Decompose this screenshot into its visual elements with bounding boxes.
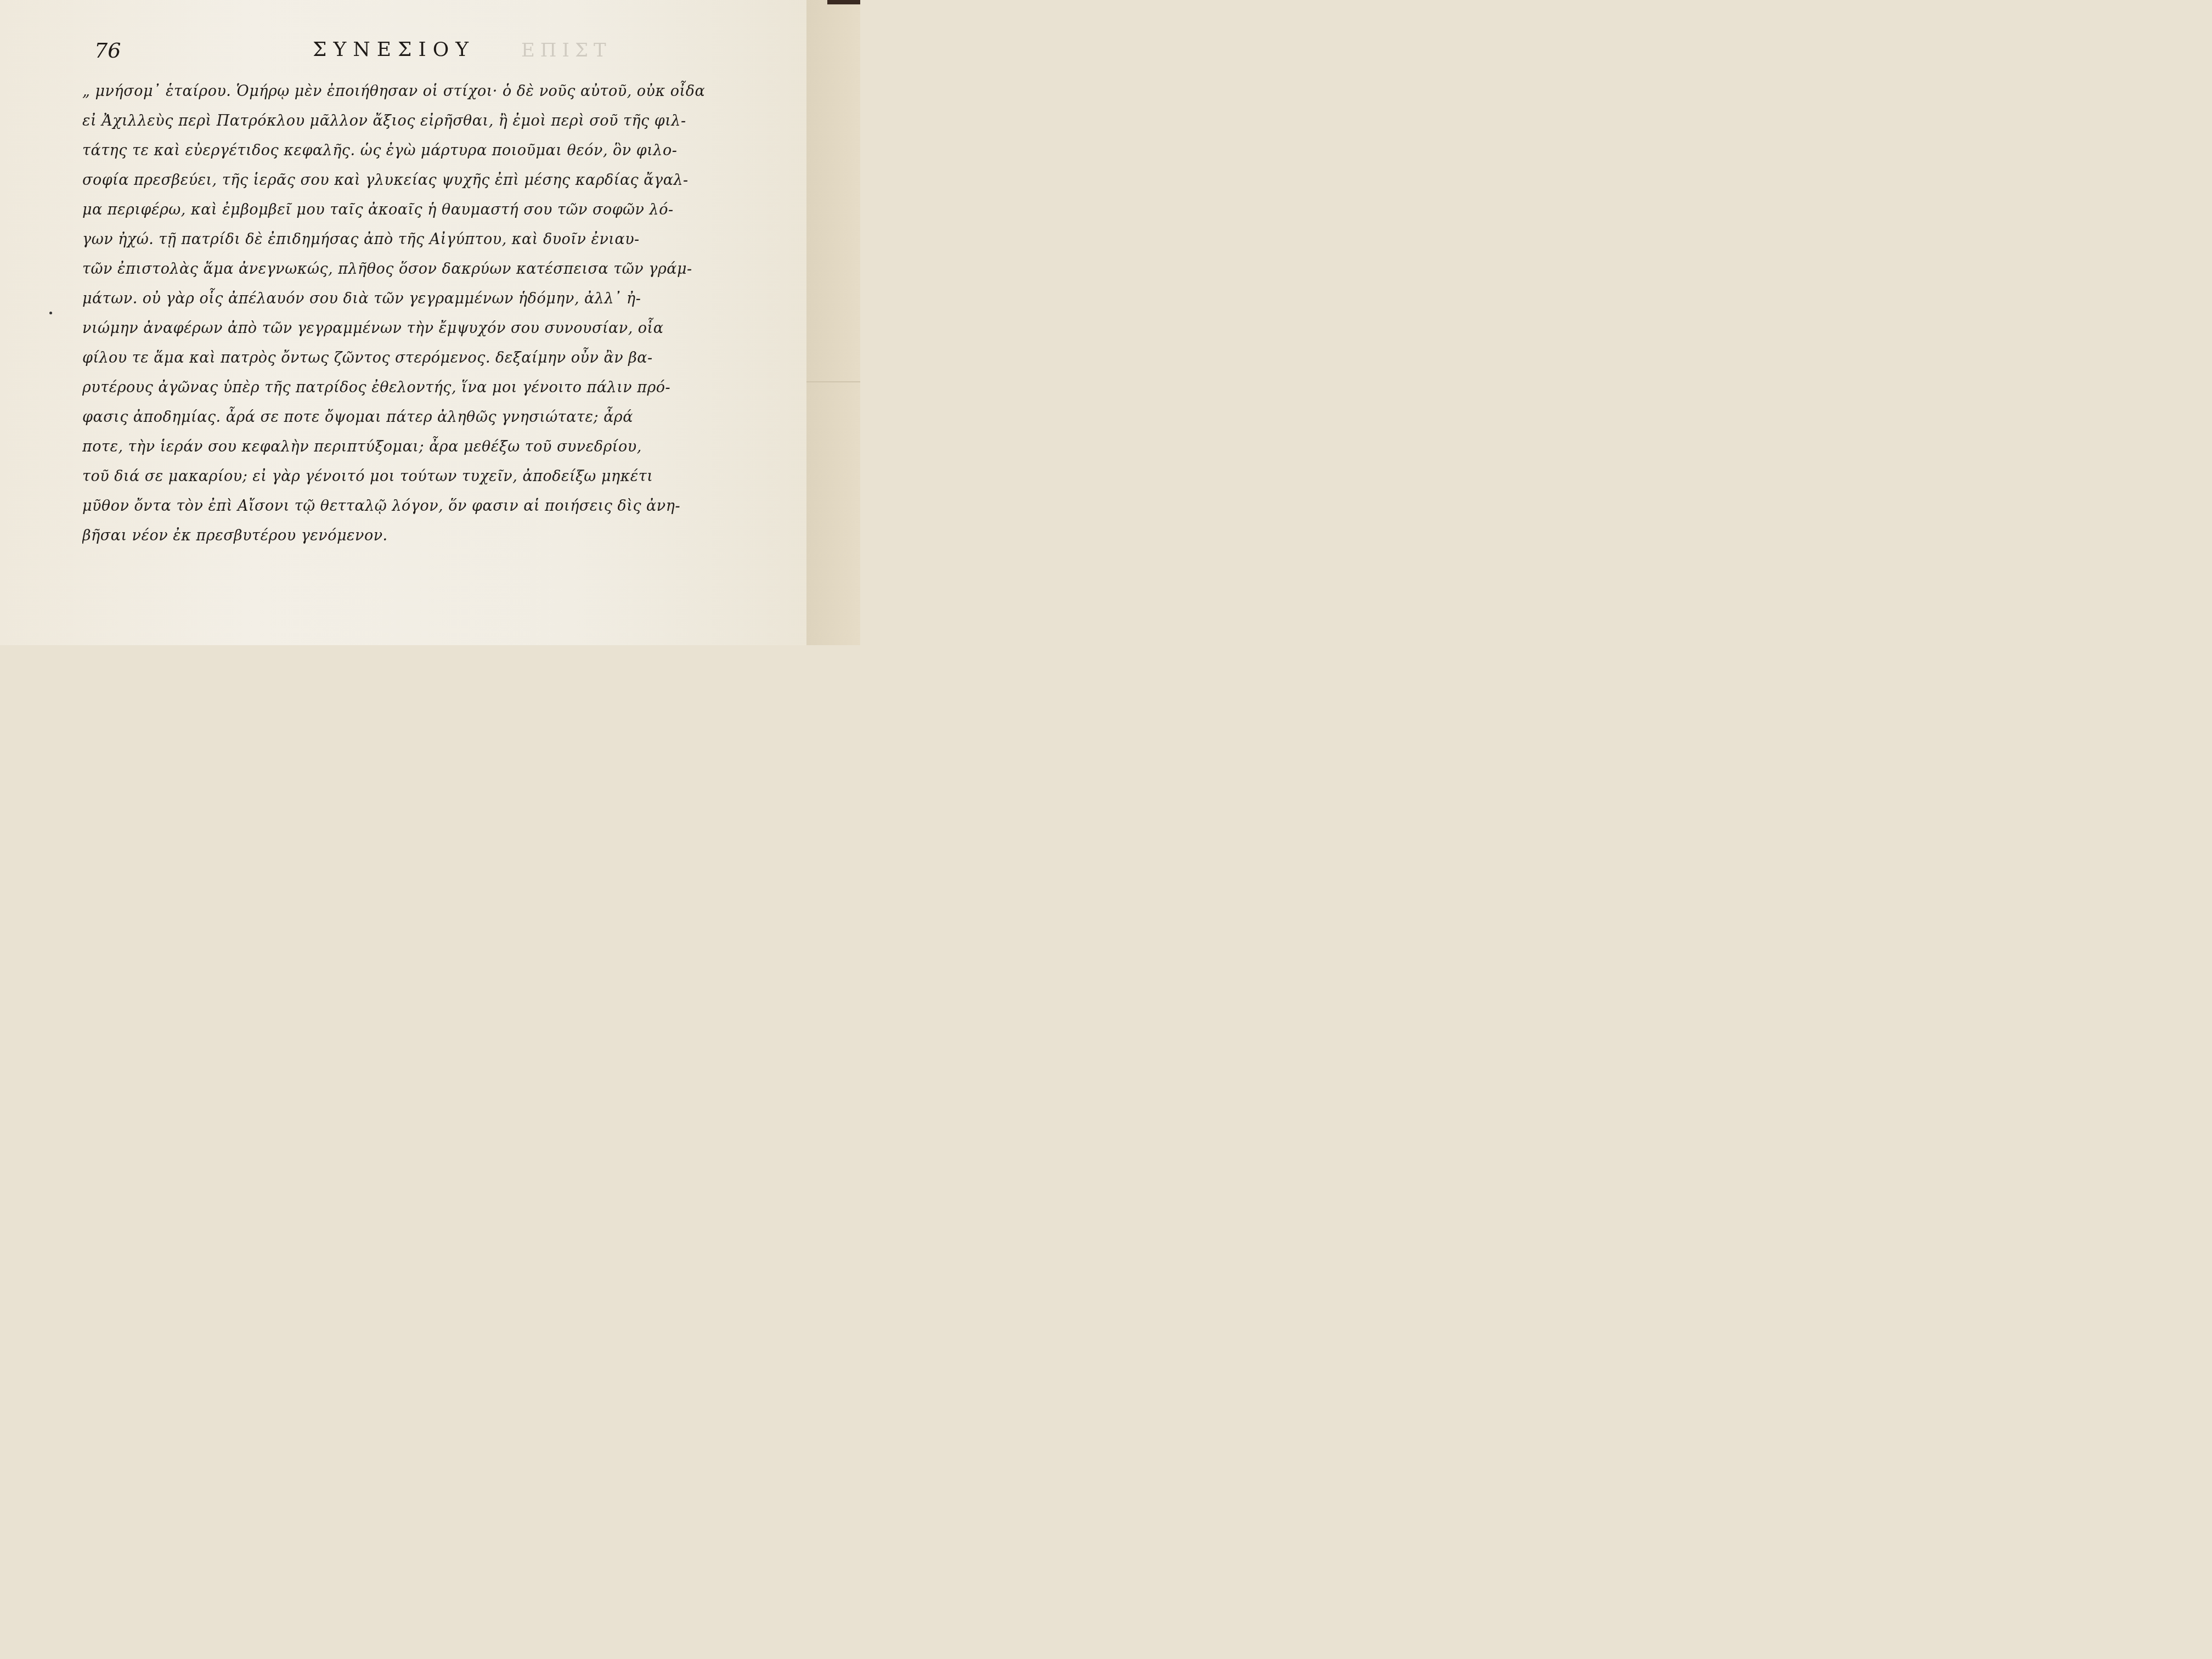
- running-head: ΣΥΝΕΣΙΟΥ: [313, 38, 475, 61]
- text-line: „ μνήσομ᾽ ἑταίρου. Ὁμήρῳ μὲν ἐποιήθησαν …: [82, 77, 779, 106]
- text-line: γων ἠχώ. τῇ πατρίδι δὲ ἐπιδημήσας ἀπὸ τῆ…: [82, 225, 779, 255]
- body-text: „ μνήσομ᾽ ἑταίρου. Ὁμήρῳ μὲν ἐποιήθησαν …: [82, 77, 779, 551]
- text-line: τῶν ἐπιστολὰς ἅμα ἀνεγνωκώς, πλῆθος ὅσον…: [82, 255, 779, 284]
- text-line: εἰ Ἀχιλλεὺς περὶ Πατρόκλου μᾶλλον ἄξιος …: [82, 106, 779, 136]
- bleed-through-text: ΕΠΙΣΤ: [521, 39, 612, 61]
- text-line: μῦθον ὄντα τὸν ἐπὶ Αἴσονι τῷ θετταλῷ λόγ…: [82, 492, 779, 521]
- text-line: σοφία πρεσβεύει, τῆς ἱερᾶς σου καὶ γλυκε…: [82, 166, 779, 195]
- book-page: 76 ΣΥΝΕΣΙΟΥ ΕΠΙΣΤ „ μνήσομ᾽ ἑταίρου. Ὁμή…: [0, 0, 824, 645]
- text-line: τοῦ διά σε μακαρίου; εἰ γὰρ γένοιτό μοι …: [82, 462, 779, 492]
- page-fold: [806, 381, 860, 382]
- text-line: βῆσαι νέον ἐκ πρεσβυτέρου γενόμενον.: [82, 521, 779, 551]
- book-cover-edge: [827, 0, 860, 4]
- text-line: ποτε, τὴν ἱεράν σου κεφαλὴν περιπτύξομαι…: [82, 432, 779, 462]
- text-line: φίλου τε ἅμα καὶ πατρὸς ὄντως ζῶντος στε…: [82, 343, 779, 373]
- text-line: νιώμην ἀναφέρων ἀπὸ τῶν γεγραμμένων τὴν …: [82, 314, 779, 343]
- text-line: φασις ἀποδημίας. ἆρά σε ποτε ὄψομαι πάτε…: [82, 403, 779, 432]
- text-line: ρυτέρους ἀγῶνας ὑπὲρ τῆς πατρίδος ἐθελον…: [82, 373, 779, 403]
- text-line: τάτης τε καὶ εὐεργέτιδος κεφαλῆς. ὡς ἐγὼ…: [82, 136, 779, 166]
- adjacent-page-edge: [806, 0, 860, 645]
- ink-speck: [49, 312, 52, 314]
- text-line: μα περιφέρω, καὶ ἐμβομβεῖ μου ταῖς ἀκοαῖ…: [82, 195, 779, 225]
- text-line: μάτων. οὐ γὰρ οἷς ἀπέλαυόν σου διὰ τῶν γ…: [82, 284, 779, 314]
- page-number: 76: [94, 38, 121, 63]
